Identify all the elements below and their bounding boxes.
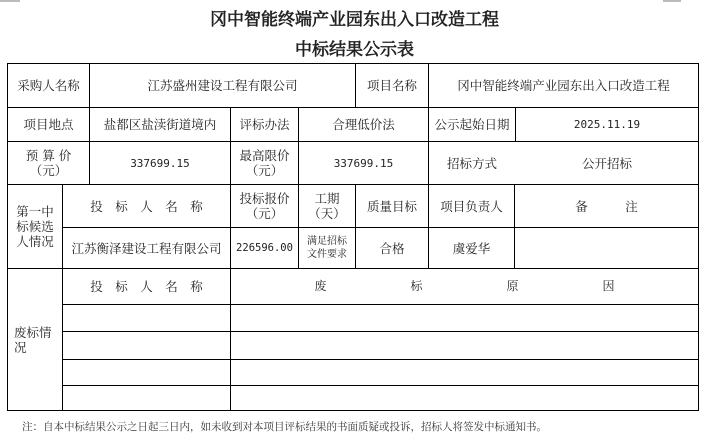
- winner-bidder-name: 江苏衡泽建设工程有限公司: [63, 228, 230, 268]
- duration-header-line1: 工期: [314, 191, 339, 206]
- bid-type-value: 公开招标: [516, 142, 698, 184]
- footnote: 注：自本中标结果公示之日起三日内，如未收到对本项目评标结果的书面质疑或投诉，招标…: [22, 419, 547, 434]
- budget-label: 预 算 价 （元）: [8, 142, 89, 184]
- winner-manager: 虞爱华: [429, 228, 514, 268]
- budget-label-line1: 预 算 价: [26, 148, 71, 163]
- hline-bottom: [7, 410, 699, 411]
- max-price-label-line2: （元）: [246, 163, 284, 178]
- budget-label-line2: （元）: [30, 163, 68, 178]
- winner-bid-price: 226596.00: [231, 228, 298, 268]
- winner-quality: 合格: [356, 228, 428, 268]
- result-table: 采购人名称 江苏盛州建设工程有限公司 项目名称 冈中智能终端产业园东出入口改造工…: [0, 0, 709, 435]
- location-label: 项目地点: [8, 108, 89, 141]
- bid-price-header-line2: （元）: [246, 206, 284, 221]
- rejected-row-3-bidder: [63, 360, 230, 385]
- rejected-row-2-bidder: [63, 332, 230, 359]
- rejected-row-4-bidder: [63, 386, 230, 410]
- purchaser-value: 江苏盛州建设工程有限公司: [90, 64, 355, 107]
- winner-header-bidder-name: 投 标 人 名 称: [63, 185, 230, 227]
- max-price-label-line1: 最高限价: [239, 148, 289, 163]
- project-name-label: 项目名称: [356, 64, 428, 107]
- winner-header-remarks: 备 注: [515, 185, 698, 227]
- winner-duration-line2: 文件要求: [307, 248, 347, 261]
- date-value: 2025.11.19: [516, 108, 698, 141]
- bid-price-header-line1: 投标报价: [239, 191, 289, 206]
- budget-value: 337699.15: [90, 142, 230, 184]
- rejected-header-reason: 废 标 原 因: [231, 269, 698, 304]
- rejected-row-2-reason: [231, 332, 698, 359]
- rejected-row-1-reason: [231, 305, 698, 331]
- winner-header-bid-price: 投标报价 （元）: [231, 185, 298, 227]
- vline-right: [698, 63, 699, 411]
- winner-duration-line1: 满足招标: [307, 235, 347, 248]
- method-value: 合理低价法: [299, 108, 428, 141]
- winner-header-quality: 质量目标: [356, 185, 428, 227]
- date-label: 公示起始日期: [429, 108, 515, 141]
- winner-remarks: [515, 228, 698, 268]
- project-name-value: 冈中智能终端产业园东出入口改造工程: [429, 64, 698, 107]
- winner-duration: 满足招标 文件要求: [299, 228, 355, 268]
- winner-header-manager: 项目负责人: [429, 185, 514, 227]
- rejected-header-bidder-name: 投 标 人 名 称: [63, 269, 230, 304]
- duration-header-line2: （天）: [308, 206, 346, 221]
- max-price-label: 最高限价 （元）: [231, 142, 298, 184]
- purchaser-label: 采购人名称: [8, 64, 89, 107]
- rejected-row-4-reason: [231, 386, 698, 410]
- bid-type-label: 招标方式: [429, 142, 515, 184]
- location-value: 盐都区盐渎街道境内: [90, 108, 230, 141]
- rejected-row-3-reason: [231, 360, 698, 385]
- rejected-row-1-bidder: [63, 305, 230, 331]
- rejected-section-label: 废标情况: [10, 269, 56, 410]
- winner-header-duration: 工期 （天）: [299, 185, 355, 227]
- method-label: 评标办法: [231, 108, 298, 141]
- winner-section-label: 第一中标候选人情况: [10, 185, 60, 268]
- max-price-value: 337699.15: [299, 142, 428, 184]
